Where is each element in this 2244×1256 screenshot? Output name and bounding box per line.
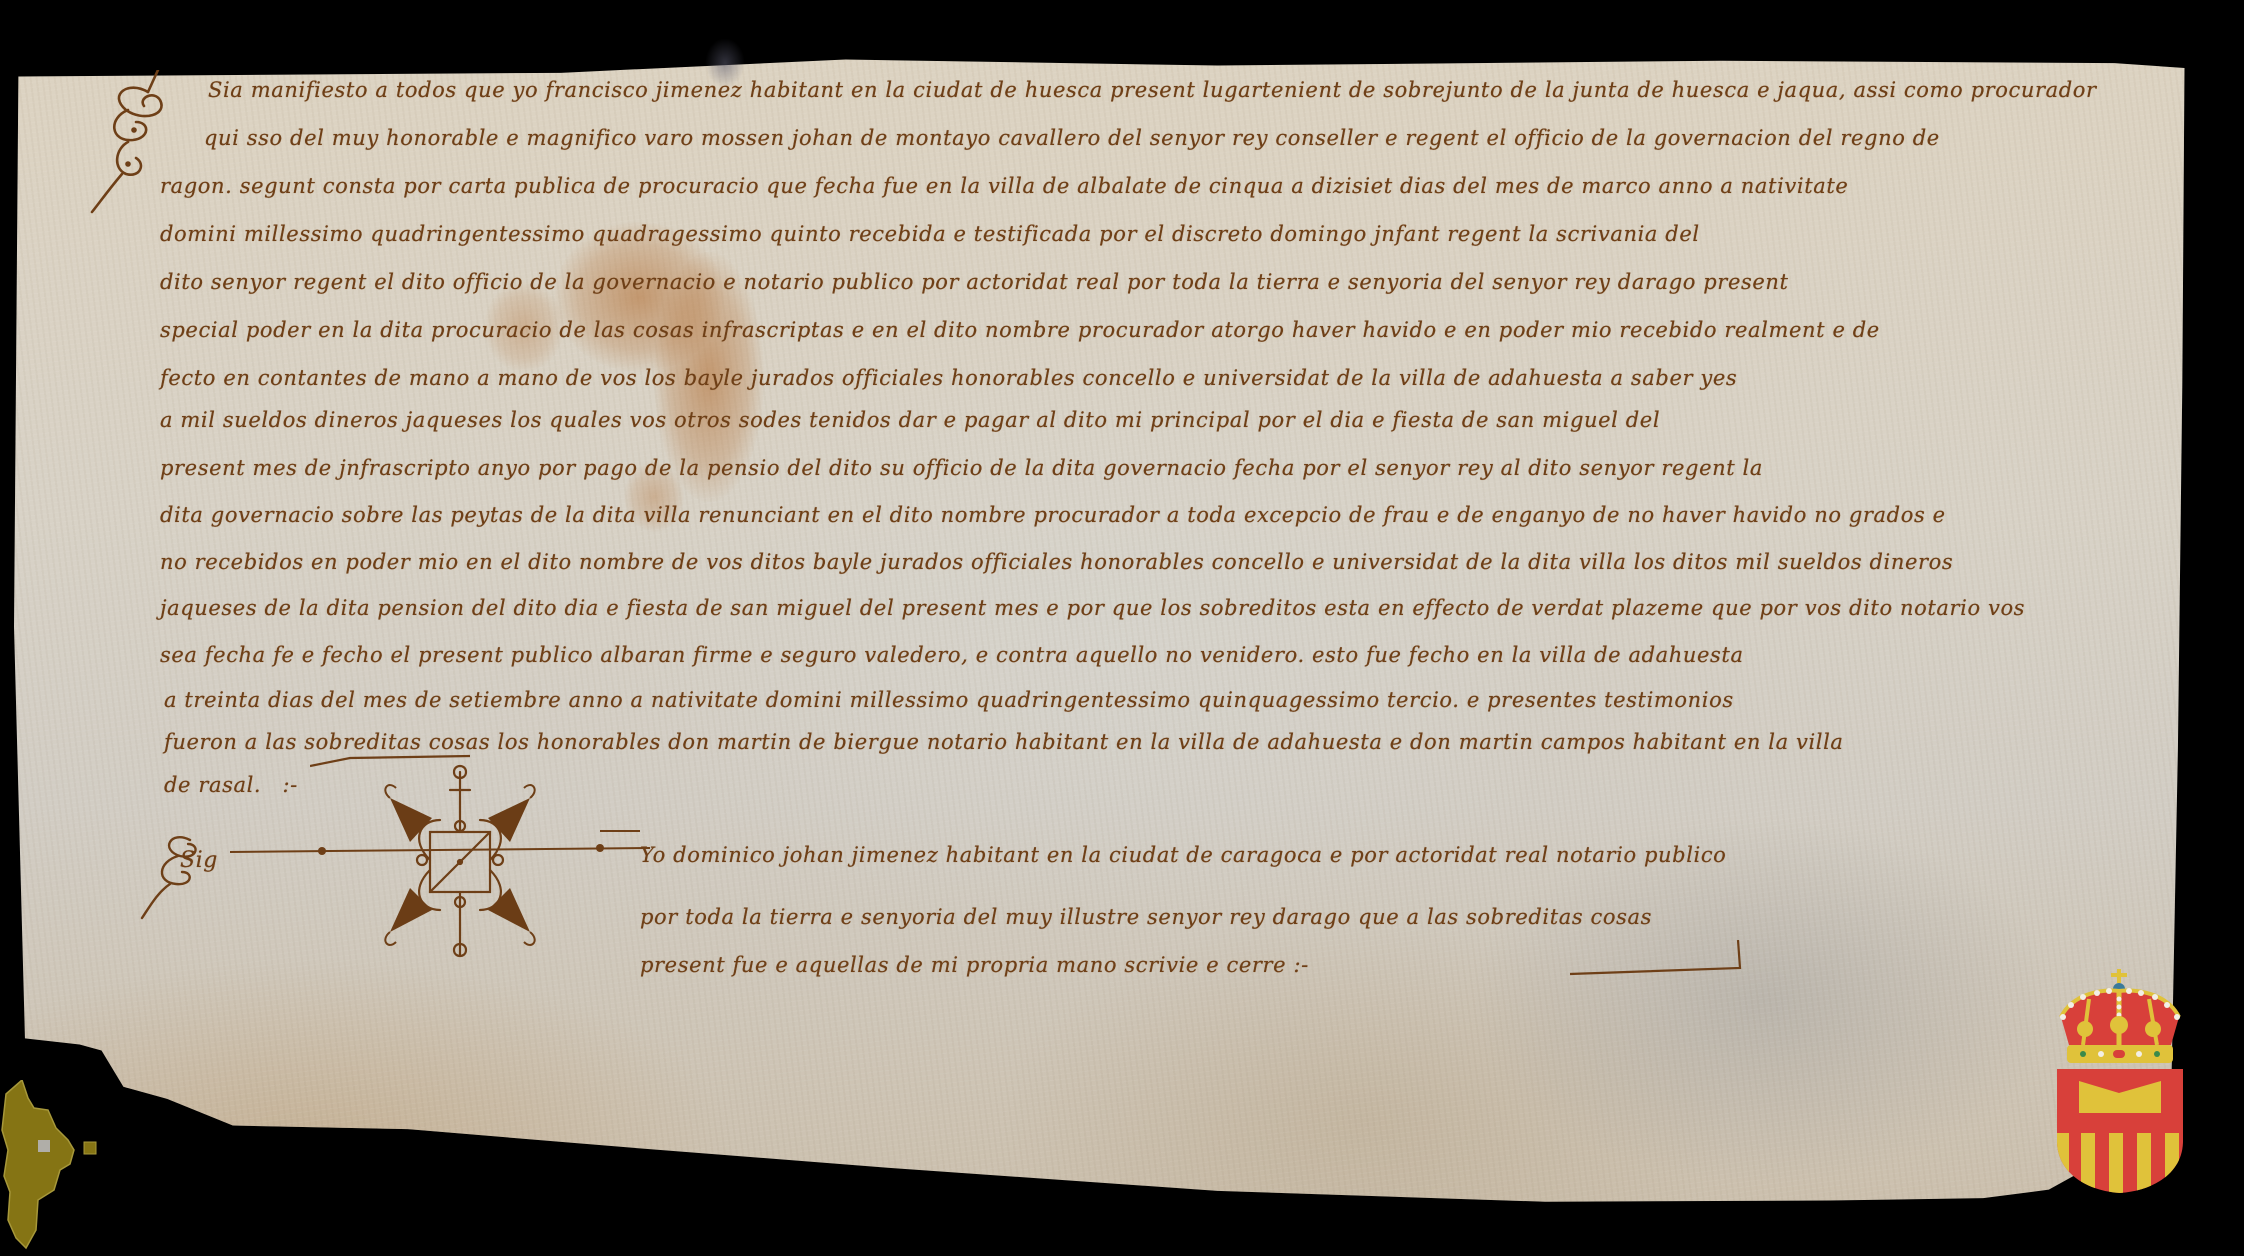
document-line: de rasal. :- bbox=[164, 775, 298, 796]
document-line: ragon. segunt consta por carta publica d… bbox=[160, 176, 1848, 197]
subscription-lead-line-icon bbox=[600, 826, 640, 836]
document-line: dito senyor regent el dito officio de la… bbox=[160, 272, 1789, 293]
region-map-icon bbox=[0, 1080, 120, 1256]
signature-sig-label: Sig bbox=[180, 850, 218, 872]
parchment-document bbox=[14, 22, 2202, 1232]
document-line: jaqueses de la dita pension del dito dia… bbox=[160, 598, 2025, 619]
signature-initial-icon bbox=[140, 830, 220, 920]
document-line: qui sso del muy honorable e magnifico va… bbox=[204, 128, 1940, 149]
final-line-text: de rasal. bbox=[164, 773, 261, 797]
notarial-sign-icon bbox=[370, 760, 550, 960]
notary-subscription-line: por toda la tierra e senyoria del muy il… bbox=[640, 907, 1652, 928]
notary-subscription-line: present fue e aquellas de mi propria man… bbox=[640, 955, 1309, 976]
document-line: fueron a las sobreditas cosas los honora… bbox=[164, 732, 1844, 753]
document-line: domini millessimo quadringentessimo quad… bbox=[160, 224, 1700, 245]
document-line: fecto en contantes de mano a mano de vos… bbox=[160, 368, 1737, 389]
document-line: special poder en la dita procuracio de l… bbox=[160, 320, 1880, 341]
document-line: a mil sueldos dineros jaqueses los quale… bbox=[160, 410, 1660, 431]
coat-of-arms-icon bbox=[2053, 965, 2188, 1195]
document-line: a treinta dias del mes de setiembre anno… bbox=[164, 690, 1734, 711]
document-line: dita governacio sobre las peytas de la d… bbox=[160, 505, 1946, 526]
document-line: no recebidos en poder mio en el dito nom… bbox=[160, 552, 1953, 573]
subscription-flourish-icon bbox=[1570, 940, 1750, 980]
document-line: present mes de jnfrascripto anyo por pag… bbox=[160, 458, 1763, 479]
closing-flourish: :- bbox=[282, 773, 297, 797]
document-line: sea fecha fe e fecho el present publico … bbox=[160, 645, 1744, 666]
document-line: Sia manifiesto a todos que yo francisco … bbox=[208, 80, 2097, 101]
notary-subscription-line: Yo dominico johan jimenez habitant en la… bbox=[640, 845, 1726, 866]
